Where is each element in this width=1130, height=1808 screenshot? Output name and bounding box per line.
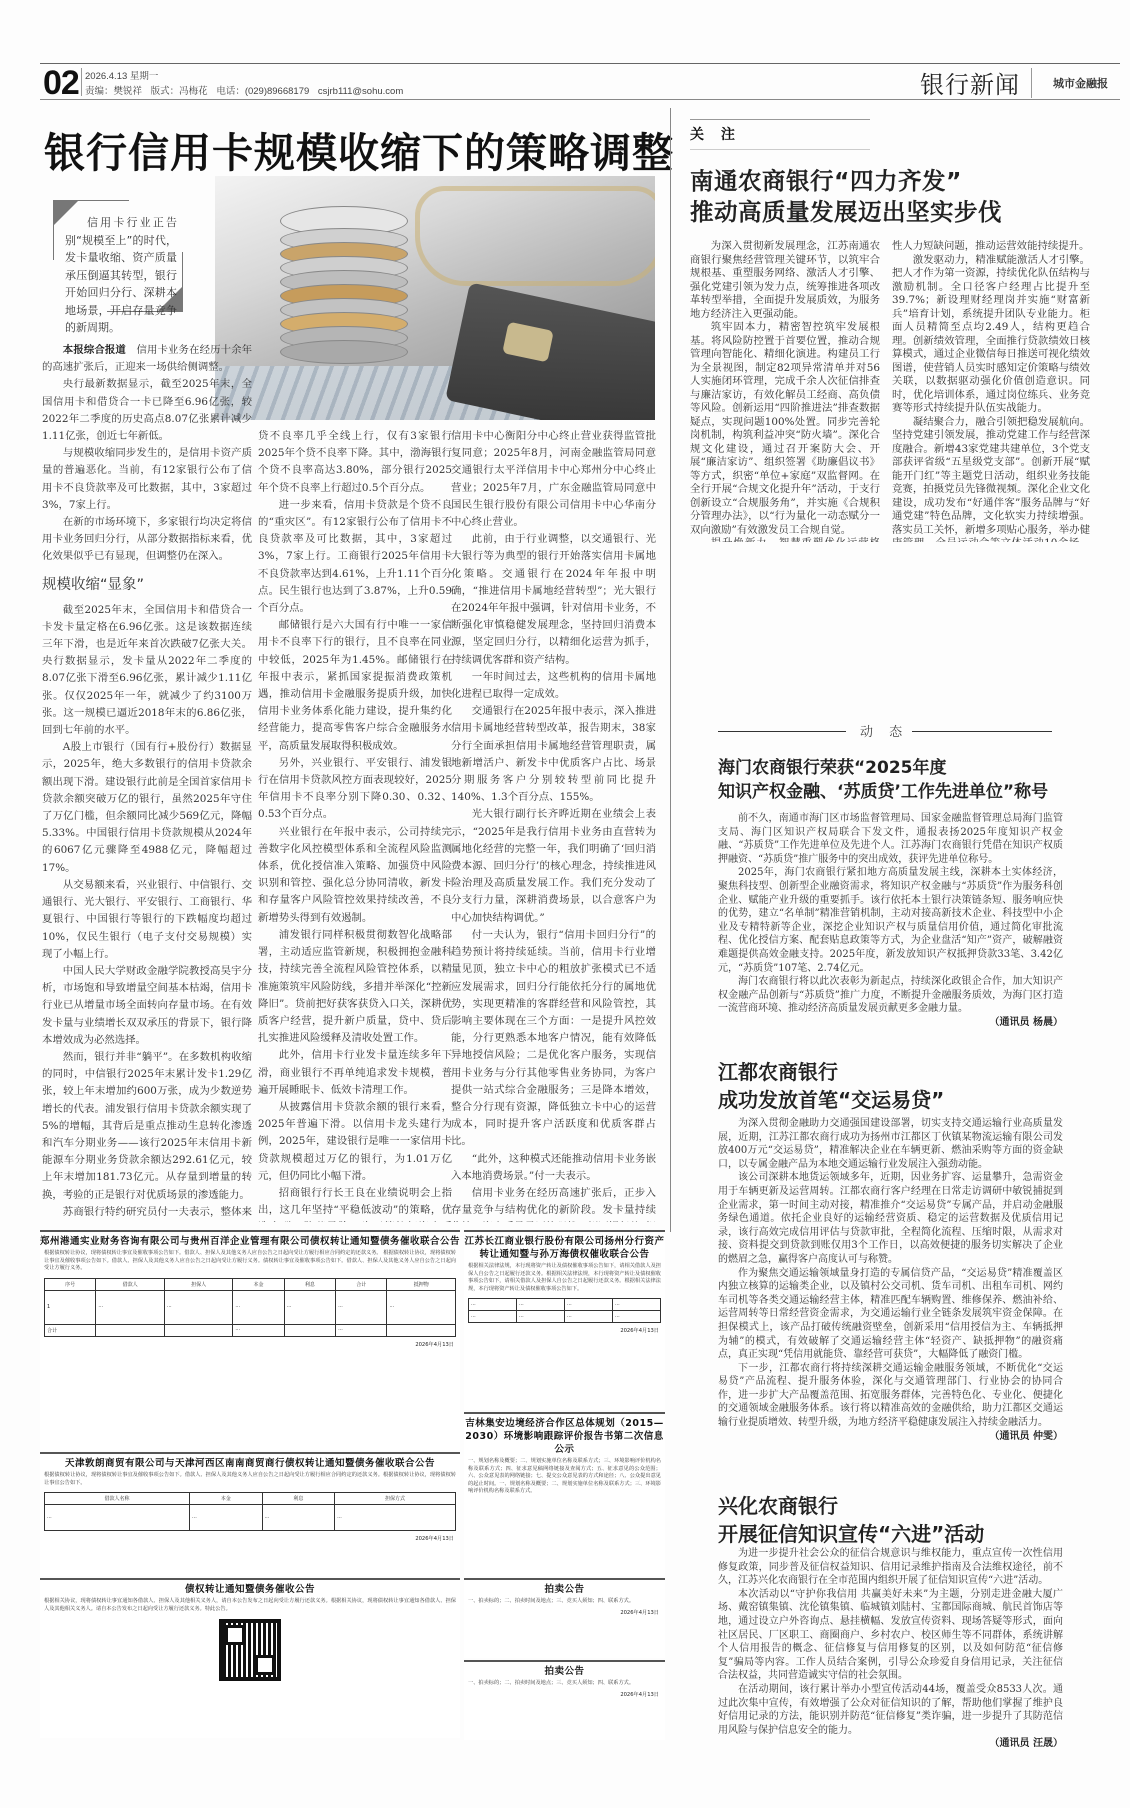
notice-fine-print: 根据相关协议，现将债权转让事宜通知各借款人、担保人及其他相关义务人，请自本公告发…: [40, 1596, 460, 1615]
notice-date: 2026年4月13日: [40, 1534, 460, 1543]
article-paragraph: 该公司深耕本地货运领域多年，近期，因业务扩容、运量攀升，急需资金用于车辆更新及运…: [718, 1171, 1063, 1266]
issue-date: 2026.4.13 星期一: [85, 68, 158, 82]
notice-title: 郑州港通实业财务咨询有限公司与贵州百洋企业管理有限公司债权转让通知暨债务催收联合…: [40, 1232, 460, 1248]
subheading: 规模收缩“显象”: [42, 575, 252, 595]
legal-notice: 吉林集安边境经济合作区总体规划（2015—2030）环境影响跟踪评价报告书第二次…: [464, 1412, 665, 1576]
article-paragraph: 提升焕新力，智慧重塑优化运营格局。面对数字化转型浪潮，加快推进网点智能化转型。在…: [690, 537, 880, 542]
notice-fine-print: 一、拍卖标的；二、拍卖时间及地点；三、竞买人须知；四、联系方式。: [464, 1678, 665, 1690]
notice-fine-print: 一、拍卖标的；二、拍卖时间及地点；三、竞买人须知；四、联系方式。: [464, 1596, 665, 1608]
lead-summary-text: 信用卡行业正告别“规模至上”的时代，发卡量收缩、资产质量承压倒逼其转型，银行开始…: [65, 214, 177, 337]
article-paragraph: 然而，银行并非“躺平”。在多数机构收缩的同时，中信银行2025年末累计发卡1.2…: [42, 1049, 252, 1204]
article-paragraph: A股上市银行（国有行+股份行）数据显示，2025年，绝大多数银行的信用卡贷款余额…: [42, 739, 252, 877]
article-paragraph: 前不久，南通市海门区市场监督管理局、国家金融监督管理总局海门监管支局、海门区知识…: [718, 812, 1063, 866]
article-column: 性人力短缺问题，推动运营效能持续提升。 激发驱动力，精准赋能激活人才引擎。把人才…: [892, 240, 1090, 542]
layout-editor-name: 版式：冯梅花: [151, 86, 208, 97]
article-column: 为深入贯彻新发展理念，江苏南通农商银行聚焦经营管理关键环节，以筑牢合规根基、重塑…: [690, 240, 880, 542]
article-paragraph: 付一夫认为，银行“信用卡回归分行”的趋势预计将持续延续。当前，信用卡行业增量见顶…: [451, 927, 656, 1151]
article-paragraph: 央行最新数据显示，截至2025年末，全国信用卡和借贷合一卡已降至6.96亿张，较…: [42, 376, 252, 445]
focus-section-label: 关 注: [690, 119, 870, 150]
notice-fine-print: 根据债权转让协议，现将债权转让事宜及催收事项公告如下。借款人、担保人及其他义务人…: [40, 1248, 460, 1275]
article-paragraph: 为深入贯彻金融助力交通强国建设部署，切实支持交通运输行业高质量发展，近期，江苏江…: [718, 1117, 1063, 1171]
article-headline: 海门农商银行荣获“2025年度 知识产权金融、‘苏质贷’工作先进单位”称号: [718, 756, 1048, 804]
notice-title: 天津敦朗商贸有限公司与天津河西区南南商贸商行债权转让通知暨债务催收联合公告: [40, 1454, 460, 1470]
article-paragraph: 为深入贯彻新发展理念，江苏南通农商银行聚焦经营管理关键环节，以筑牢合规根基、重塑…: [690, 240, 880, 321]
notice-title: 吉林集安边境经济合作区总体规划（2015—2030）环境影响跟踪评价报告书第二次…: [464, 1414, 665, 1456]
notice-date: 2026年4月13日: [464, 1608, 665, 1617]
article-paragraph: 本次活动以“守护你我信用 共赢美好未来”为主题，分别走进金融大厦广场、戴窑镇集镇…: [718, 1588, 1063, 1683]
article-paragraph: 兴业银行在年报中表示，公司持续完善数字化风控模型体系和全流程风险监测体系，优化授…: [258, 824, 452, 927]
notice-fine-print: 根据相关法律法规，本行现将资产转让及债权催收事项公告如下，请相关借款人及担保人自…: [464, 1261, 665, 1295]
legal-notice: 天津敦朗商贸有限公司与天津河西区南南商贸商行债权转让通知暨债务催收联合公告 根据…: [40, 1452, 460, 1576]
masthead-divider: [81, 68, 82, 96]
article-paragraph: 信用卡业务在经历高速扩张后，正步入存量竞争与结构优化的新阶段。发卡量持续收缩、资…: [451, 1185, 656, 1222]
article-paragraph: 为进一步提升社会公众的征信合规意识与维权能力，重点宣传一次性信用修复政策，同步普…: [718, 1547, 1063, 1588]
notice-title: 债权转让通知暨债务催收公告: [40, 1580, 460, 1596]
article-headline: 江都农商银行 成功发放首笔“交运易贷”: [718, 1058, 944, 1114]
notice-table: 借款人名称本金利息担保方式 ············: [44, 1492, 456, 1531]
notice-date: 2026年4月13日: [464, 1690, 665, 1699]
main-article-column-2: 贷不良率几乎全线上行，仅有3家银行2025年个贷不良率下降。其中，渤海银行个贷不…: [258, 428, 452, 1222]
column-divider: [670, 108, 671, 1232]
article-paragraph: 从披露信用卡贷款余额的银行来看，2025年普遍下滑。以信用卡龙头建行为例，202…: [258, 1099, 452, 1185]
article-paragraph: 从交易额来看，兴业银行、中信银行、交通银行、光大银行、平安银行、工商银行、华夏银…: [42, 877, 252, 963]
article-paragraph: 此前，由于行业调整，以交通银行、光大银行等为典型的银行开始落实信用卡属地化策略。…: [451, 531, 656, 669]
article-paragraph: 2025年，海门农商银行紧扣地方高质量发展主线，深耕本土实体经济，聚焦科技型、创…: [718, 866, 1063, 975]
article-paragraph: 贷不良率几乎全线上行，仅有3家银行2025年个贷不良率下降。其中，渤海银行个贷不…: [258, 428, 452, 497]
article-paragraph: 进一步来看，信用卡贷款是个贷不良的“重灾区”。有12家银行公布了信用卡不良贷款率…: [258, 497, 452, 617]
lead-summary-box: 信用卡行业正告别“规模至上”的时代，发卡量收缩、资产质量承压倒逼其转型，银行开始…: [53, 200, 183, 312]
notice-date: 2026年4月13日: [40, 1340, 460, 1349]
article-body: 为深入贯彻金融助力交通强国建设部署，切实支持交通运输行业高质量发展，近期，江苏江…: [718, 1117, 1063, 1443]
main-article-column-3: 信用卡中心衡阳分中心终止营业获得监管批复同意；2025年8月，河南金融监管局同意…: [451, 428, 656, 1222]
main-article-column-1: 本报综合报道 信用卡业务在经历十余年的高速扩张后，正迎来一场供给侧调整。 央行最…: [42, 342, 252, 1222]
article-paragraph: 浦发银行同样积极贯彻数智化战略部署，主动适应监管新规，积极拥抱金融科技，持续完善…: [258, 927, 452, 1047]
legal-notice: 拍卖公告 一、拍卖标的；二、拍卖时间及地点；三、竞买人须知；四、联系方式。 20…: [464, 1578, 665, 1658]
notice-title: 江苏长江商业银行股份有限公司扬州分行资产转让通知暨与孙万海债权催收联合公告: [464, 1232, 665, 1261]
legal-notice: 债权转让通知暨债务催收公告 根据相关协议，现将债权转让事宜通知各借款人、担保人及…: [40, 1578, 460, 1738]
contact-phone: 电话：(029)89668179: [216, 86, 309, 97]
article-paragraph: 筑牢固本力，精密智控筑牢发展根基。将风险防控置于首要位置，推动合规管理向智能化、…: [690, 321, 880, 537]
article-paragraph: 另外，兴业银行、平安银行、浦发银行在信用卡贷款风控方面表现较好，2025年信用卡…: [258, 755, 452, 824]
editor-credits: 责编：樊锐祥 版式：冯梅花 电话：(029)89668179 csjrb111@…: [85, 83, 409, 97]
notice-fine-print: 一、规划名称及概要；二、规划实施单位名称及联系方式；三、环境影响评价机构名称及联…: [464, 1456, 665, 1498]
article-paragraph: 此外，信用卡行业发卡量连续多年下滑，商业银行不再单纯追求发卡规模，普遍开展睡眠卡…: [258, 1047, 452, 1099]
article-paragraph: 交通银行在2025年报中表示，深入推进信用卡属地经营转型改革，报告期末，38家分…: [451, 703, 656, 806]
legal-notice: 江苏长江商业银行股份有限公司扬州分行资产转让通知暨与孙万海债权催收联合公告 根据…: [464, 1230, 665, 1410]
eyeglasses-shape: [415, 186, 655, 286]
article-paragraph: 作为聚焦交通运输领域量身打造的专属信贷产品，“交运易贷”精准覆盖区内独立核算的运…: [718, 1267, 1063, 1362]
article-paragraph: 招商银行行长王良在业绩说明会上指出，这几年坚持“平稳低波动”的策略，优选客群、防…: [258, 1185, 452, 1222]
article-paragraph: 光大银行副行长齐晔近期在业绩会上表示，“2025年是我行信用卡业务由直营转为属地…: [451, 806, 656, 926]
article-paragraph: 下一步，江都农商行将持续深耕交通运输金融服务领域，不断优化“交运易贷”产品流程、…: [718, 1362, 1063, 1430]
legal-notice: 拍卖公告 一、拍卖标的；二、拍卖时间及地点；三、竞买人须知；四、联系方式。 20…: [464, 1660, 665, 1740]
article-paragraph: 在新的市场环境下，多家银行均决定将信用卡业务回归分行，从部分数据指标来看，优化效…: [42, 514, 252, 566]
article-paragraph: 凝结聚合力，融合引领把稳发展航向。坚持党建引领发展，推动党建工作与经营深度融合。…: [892, 416, 1090, 543]
dynamics-section-label: 动 态: [860, 721, 908, 740]
notice-fine-print: 根据债权转让协议，现将债权转让事宜及催收事项公告如下。借款人、担保人及其他义务人…: [40, 1470, 460, 1489]
article-paragraph: 邮储银行是六大国有行中唯一一家信用卡不良率下行的银行，且不良率在同业中较低，20…: [258, 617, 452, 755]
newspaper-name: 城市金融报: [1053, 75, 1108, 91]
notice-title: 拍卖公告: [464, 1580, 665, 1596]
reporter-credit: （通讯员 杨晨）: [718, 1016, 1063, 1030]
article-paragraph: 海门农商银行将以此次表彰为新起点，持续深化政银企合作，加大知识产权金融产品创新与…: [718, 975, 1063, 1016]
article-paragraph: 苏商银行特约研究员付一夫表示，整体来看，信用卡发卡量持续下滑，多数银行收缩发卡规…: [42, 1204, 252, 1222]
article-headline: 南通农商银行“四力齐发” 推动高质量发展迈出坚实步伐: [690, 166, 1002, 228]
article-body: 为进一步提升社会公众的征信合规意识与维权能力，重点宣传一次性信用修复政策，同步普…: [718, 1547, 1063, 1751]
contact-email[interactable]: csjrb111@sohu.com: [318, 86, 403, 97]
coins-and-credit-card-photo: [215, 176, 655, 420]
coin-shape: [280, 340, 408, 364]
notice-date: 2026年4月13日: [464, 1326, 665, 1335]
notice-table: 序号借款人担保人本金利息合计抵押物 1·················· 合计…: [44, 1278, 456, 1337]
page-number: 02: [43, 66, 79, 100]
article-paragraph: 本报综合报道 信用卡业务在经历十余年的高速扩张后，正迎来一场供给侧调整。: [42, 342, 252, 376]
article-paragraph: 中国人民大学财政金融学院教授高昊宇分析，市场饱和导致增量空间基本枯竭，信用卡行业…: [42, 963, 252, 1049]
article-paragraph: 一年时间过去，这些机构的信用卡属地化进程已取得一定成效。: [451, 669, 656, 703]
qr-code-icon[interactable]: [219, 1619, 281, 1681]
article-paragraph: 在活动期间，该行累计举办小型宣传活动44场，覆盖受众8533人次。通过此次集中宣…: [718, 1683, 1063, 1737]
article-paragraph: 与规模收缩同步发生的，是信用卡资产质量的普遍恶化。当前，有12家银行公布了信用卡…: [42, 445, 252, 514]
reporter-credit: （通讯员 汪晟）: [718, 1737, 1063, 1751]
page-masthead: 02 2026.4.13 星期一 责编：樊锐祥 版式：冯梅花 电话：(029)8…: [40, 63, 1120, 100]
notice-table: ························: [468, 1298, 661, 1323]
article-paragraph: 截至2025年末，全国信用卡和借贷合一卡发卡量定格在6.96亿张。这是该数据连续…: [42, 602, 252, 740]
article-paragraph: 信用卡中心衡阳分中心终止营业获得监管批复同意；2025年8月，河南金融监管局同意…: [451, 428, 656, 531]
article-paragraph: 激发驱动力，精准赋能激活人才引擎。把人才作为第一资源，持续优化队伍结构与激励机制…: [892, 254, 1090, 416]
notice-title: 拍卖公告: [464, 1662, 665, 1678]
article-paragraph: “此外，这种模式还能推动信用卡业务嵌入本地消费场景。”付一夫表示。: [451, 1151, 656, 1185]
editor-name: 责编：樊锐祥: [85, 86, 142, 97]
article-paragraph: 性人力短缺问题，推动运营效能持续提升。: [892, 240, 1090, 254]
article-headline: 兴化农商银行 开展征信知识宣传“六进”活动: [718, 1492, 984, 1548]
section-rule: [718, 731, 846, 732]
legal-notice: 郑州港通实业财务咨询有限公司与贵州百洋企业管理有限公司债权转让通知暨债务催收联合…: [40, 1230, 460, 1450]
byline: 本报综合报道: [63, 344, 126, 356]
credit-card-shape: [445, 282, 655, 420]
section-divider: [1031, 68, 1032, 98]
reporter-credit: （通讯员 仲雯）: [718, 1430, 1063, 1444]
section-rule: [912, 731, 1052, 732]
main-headline: 银行信用卡规模收缩下的策略调整: [44, 120, 644, 179]
legal-notices-section: 郑州港通实业财务咨询有限公司与贵州百洋企业管理有限公司债权转让通知暨债务催收联合…: [40, 1230, 665, 1808]
article-body: 前不久，南通市海门区市场监督管理局、国家金融监督管理总局海门监管支局、海门区知识…: [718, 812, 1063, 1030]
section-title: 银行新闻: [920, 65, 1020, 100]
